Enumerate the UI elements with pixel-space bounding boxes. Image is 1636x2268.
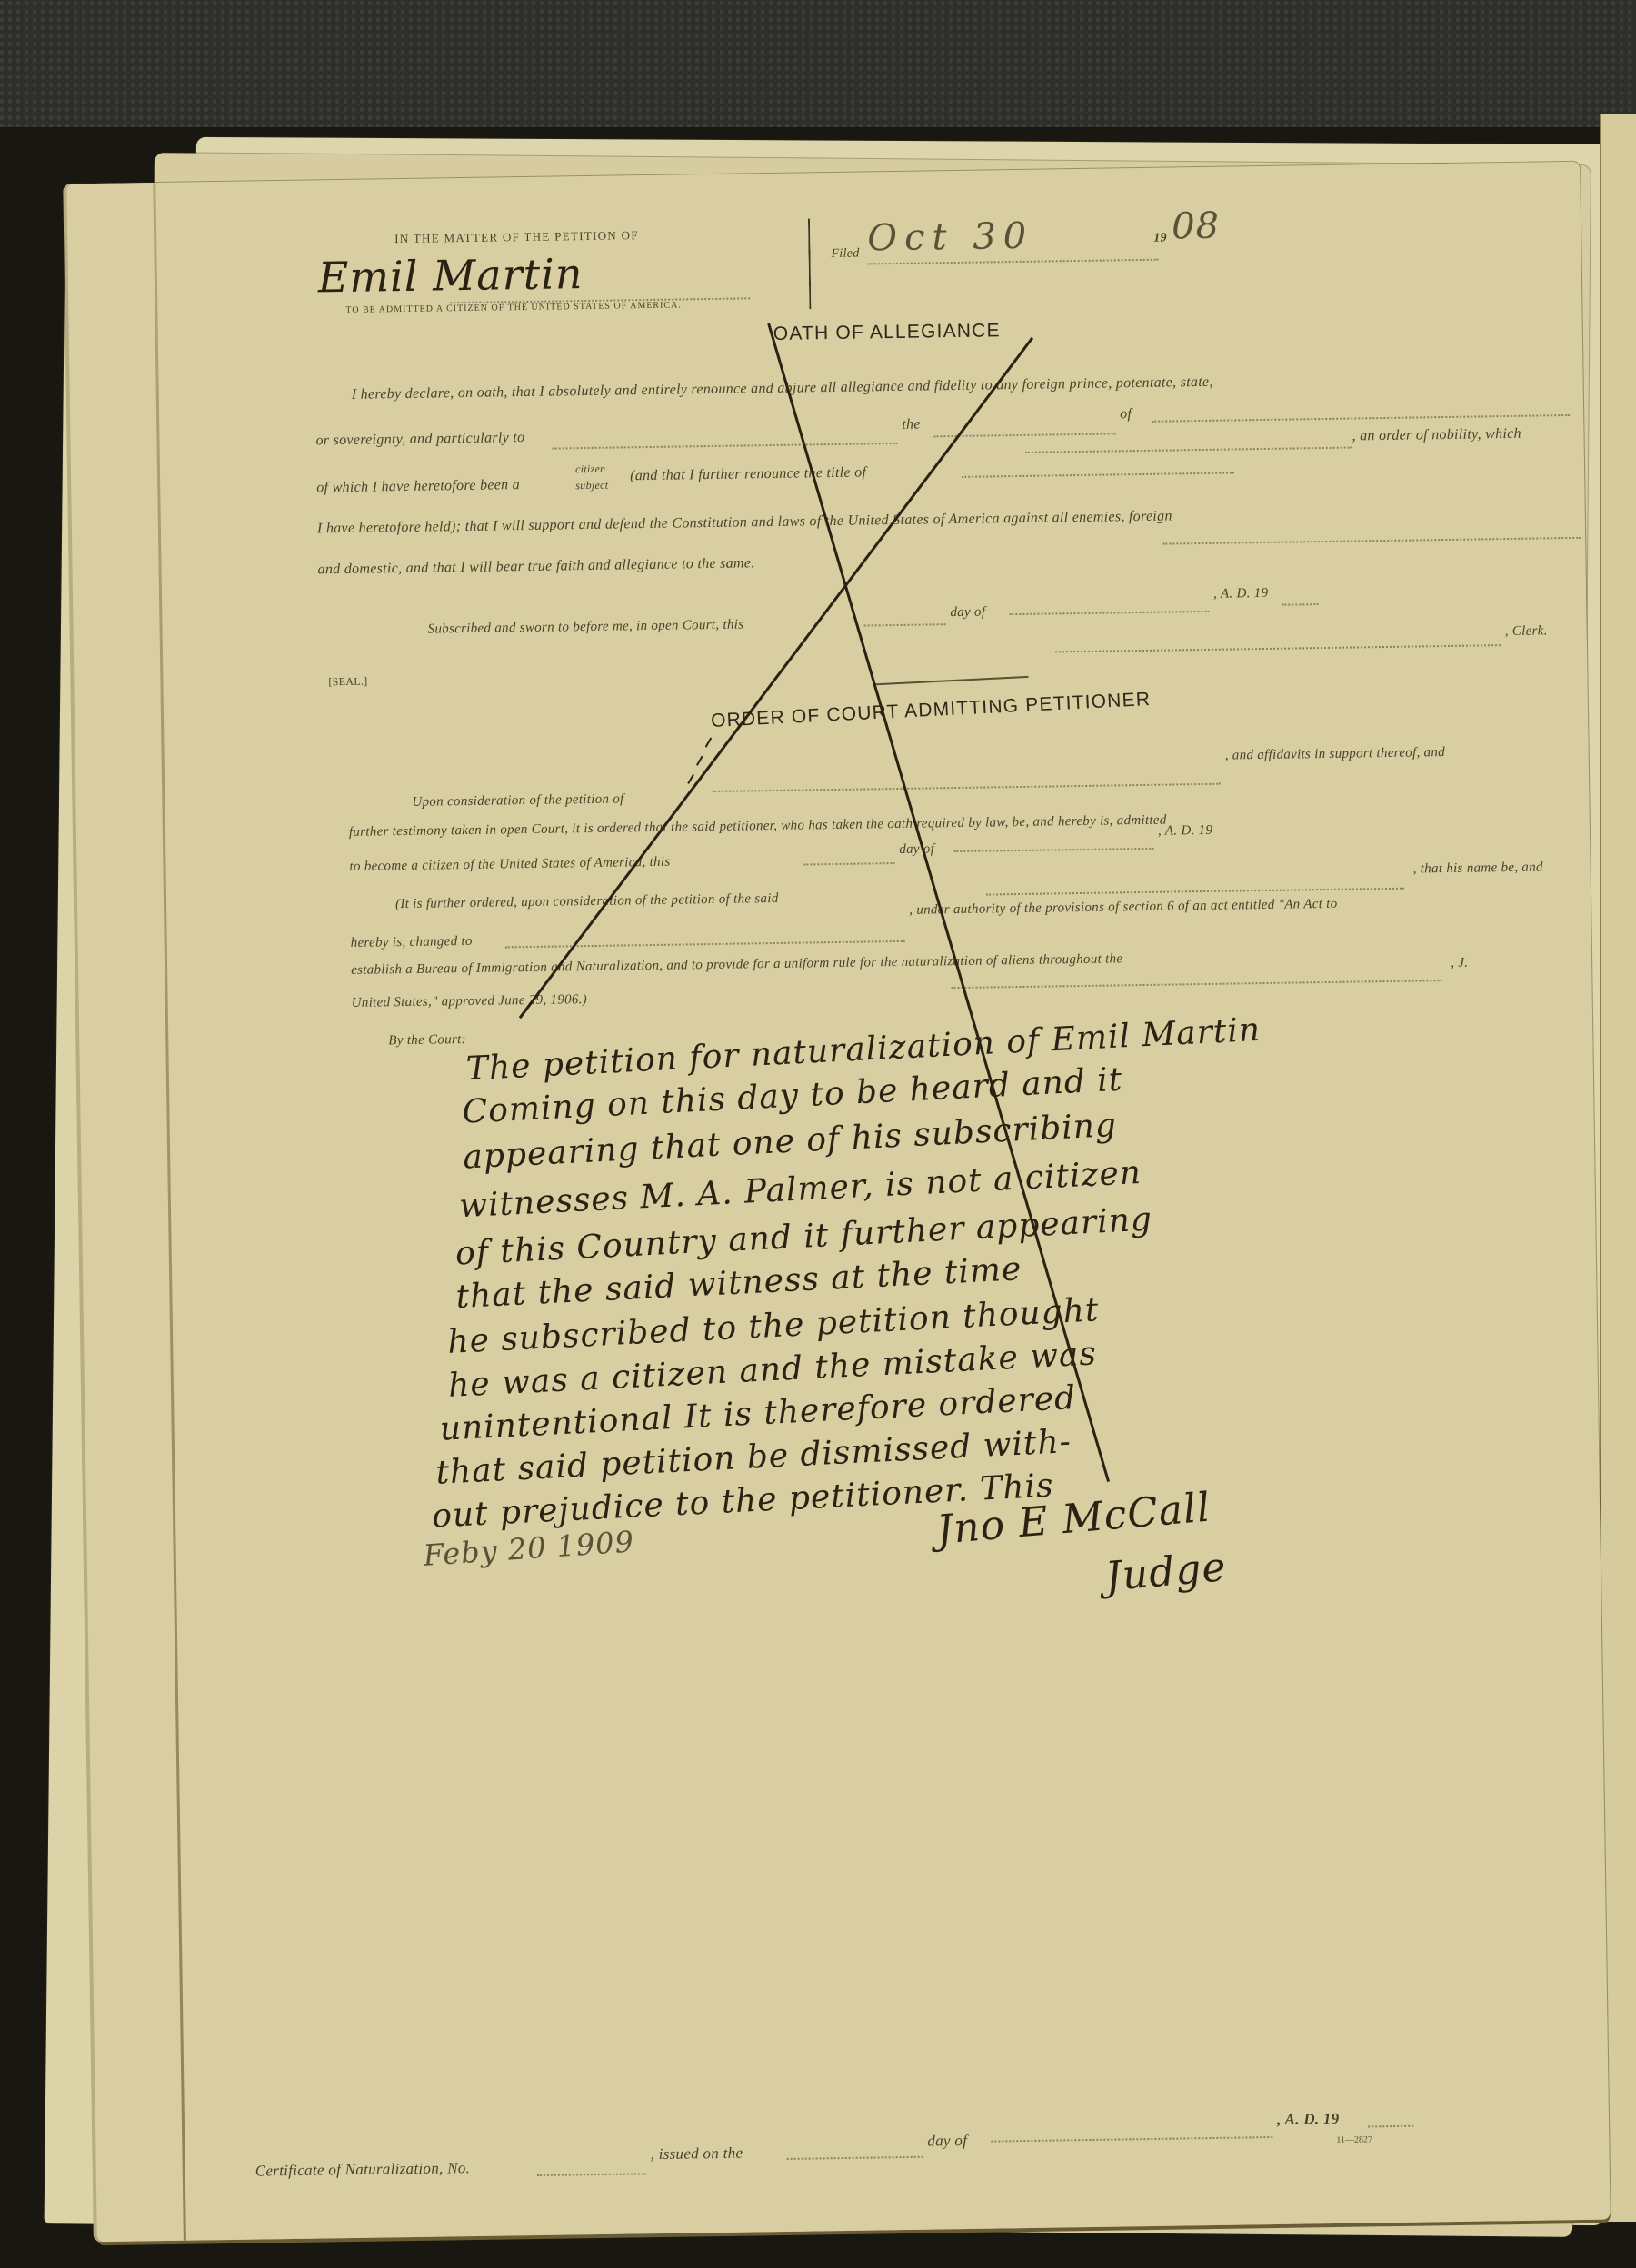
- order-ad: , A. D. 19: [1158, 823, 1212, 840]
- filed-label: Filed: [831, 247, 859, 262]
- the-dotted-line: [933, 425, 1115, 444]
- order-line-2: further testimony taken in open Court, i…: [349, 813, 1167, 841]
- judge-signature-line: [951, 972, 1441, 996]
- subscribed-day-line: [863, 616, 945, 633]
- clerk-signature-line: [1055, 637, 1501, 660]
- oath-nobility: , an order of nobility, which: [1352, 426, 1521, 445]
- changed-to-dotted-line: [505, 933, 905, 956]
- subscribed-ad: , A. D. 19: [1213, 586, 1268, 602]
- subscribed-day-of: day of: [950, 605, 985, 622]
- order-day-line: [803, 855, 894, 872]
- order-name-be: , that his name be, and: [1413, 860, 1543, 877]
- certificate-ad: , A. D. 19: [1277, 2110, 1340, 2129]
- order-line-6: establish a Bureau of Immigration and Na…: [351, 951, 1122, 979]
- carpet-background: [0, 0, 1636, 127]
- oath-title: OATH OF ALLEGIANCE: [773, 320, 1001, 345]
- by-the-court: By the Court:: [388, 1032, 466, 1049]
- filed-date-line: [868, 252, 1159, 273]
- subscribed-year-line: [1282, 596, 1318, 613]
- form-number: 11—2827: [1336, 2134, 1372, 2145]
- section-divider: [874, 676, 1029, 685]
- sovereign-dotted-line: [553, 435, 898, 457]
- oath-citizen: citizen: [575, 463, 606, 476]
- oath-line-5: and domestic, and that I will bear true …: [317, 555, 754, 578]
- oath-title-renounce: (and that I further renounce the title o…: [630, 464, 866, 484]
- certificate-month-line: [991, 2129, 1272, 2150]
- oath-the: the: [902, 417, 921, 433]
- header-brace: [808, 218, 811, 309]
- certificate-day-line: [786, 2149, 923, 2167]
- order-line-7: United States," approved June 29, 1906.): [352, 992, 588, 1011]
- oath-line-4: I have heretofore held); that I will sup…: [317, 508, 1172, 537]
- order-line-4: (It is further ordered, upon considerati…: [395, 891, 779, 912]
- order-line-1: Upon consideration of the petition of: [412, 791, 623, 810]
- order-line-3: to become a citizen of the United States…: [349, 855, 670, 875]
- petition-page: In the Matter of the Petition of Emil Ma…: [66, 162, 1610, 2242]
- certificate-year-line: [1368, 2118, 1413, 2135]
- order-month-line: [953, 841, 1153, 860]
- petition-of-dotted-line: [712, 776, 1221, 800]
- clerk-label: , Clerk.: [1505, 623, 1548, 640]
- matter-line: In the Matter of the Petition of: [394, 228, 639, 246]
- oath-of: of: [1120, 406, 1132, 423]
- order-judge-mark: , J.: [1451, 956, 1468, 971]
- oath-line-1: I hereby declare, on oath, that I absolu…: [352, 374, 1213, 403]
- certificate-issued-on: , issued on the: [650, 2144, 743, 2164]
- oath-line-3-start: of which I have heretofore been a: [316, 477, 520, 496]
- order-authority: , under authority of the provisions of s…: [909, 897, 1338, 919]
- certificate-day-of: day of: [927, 2132, 967, 2151]
- oath-end-dotted-line: [1162, 530, 1581, 552]
- certificate-number-line: [537, 2165, 646, 2183]
- oath-line-2-start: or sovereignty, and particularly to: [315, 430, 524, 449]
- order-day-of: day of: [899, 841, 934, 858]
- certificate-label: Certificate of Naturalization, No.: [255, 2159, 471, 2181]
- document-content: In the Matter of the Petition of Emil Ma…: [66, 162, 1610, 2242]
- title-dotted-line: [962, 464, 1234, 484]
- admitted-line: to be admitted a citizen of the United S…: [345, 300, 682, 314]
- subscribed-month-line: [1009, 603, 1209, 622]
- oath-subject: subject: [575, 479, 608, 493]
- seal-mark: [SEAL.]: [328, 675, 367, 690]
- order-line-5: hereby is, changed to: [351, 934, 473, 951]
- subscribed-line: Subscribed and sworn to before me, in op…: [427, 617, 743, 637]
- order-affidavits: , and affidavits in support thereof, and: [1225, 745, 1446, 764]
- order-title: ORDER OF COURT ADMITTING PETITIONER: [711, 689, 1152, 732]
- judge-title: Judge: [1103, 1544, 1228, 1600]
- filed-year: 08: [1172, 205, 1221, 248]
- filed-year-prefix: 19: [1153, 232, 1167, 246]
